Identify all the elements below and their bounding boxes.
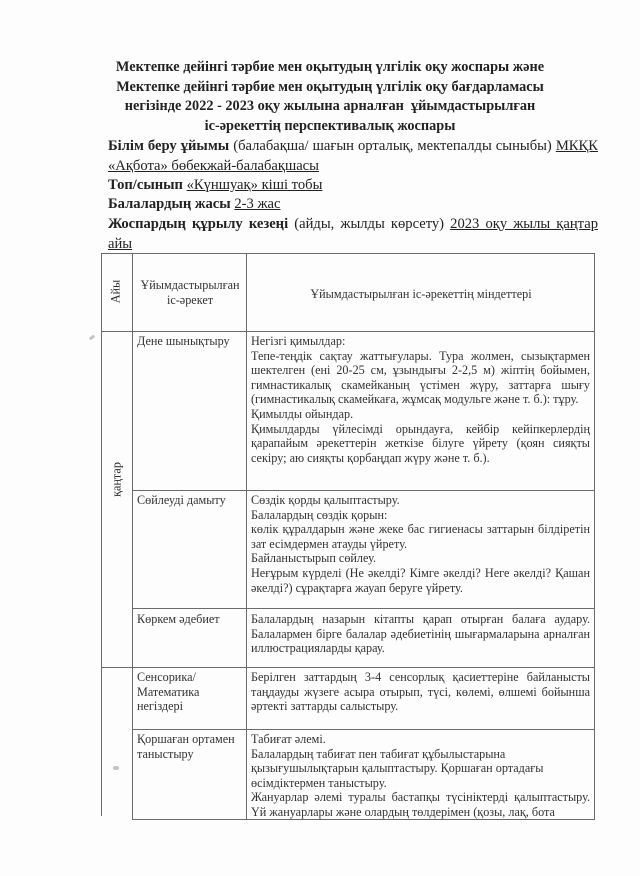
header-month: Айы <box>109 272 124 312</box>
title-line: Мектепке дейінгі тәрбие мен оқытудың үлг… <box>100 78 560 98</box>
header-tasks: Ұйымдастырылған іс-әрекеттің міндеттері <box>248 287 594 302</box>
header-border-bottom <box>101 331 595 332</box>
task-line: Сөздік қорды қалыптастыру. <box>251 493 590 508</box>
column-divider-1 <box>132 253 133 820</box>
tasks-cell: Берілген заттардың 3-4 сенсорлық қасиетт… <box>251 670 590 714</box>
row-divider <box>132 608 595 609</box>
task-line: Қимылдарды үйлесімді орындауға, кейбір к… <box>251 422 590 466</box>
task-line: көлік құралдарын және жеке бас гигиенасы… <box>251 522 590 551</box>
task-line: Берілген заттардың 3-4 сенсорлық қасиетт… <box>251 670 590 714</box>
table-border-top <box>101 253 595 254</box>
row-divider <box>132 729 595 730</box>
title-line: негізінде 2022 - 2023 оқу жылына арналға… <box>100 97 560 117</box>
task-line: Балалардың сөздік қорын: <box>251 508 590 523</box>
activity-cell: Сенсорика/ Математика негіздері <box>137 670 227 714</box>
organization-label: Білім беру ұйымы <box>108 138 229 154</box>
period-field: Жоспардың құрылу кезеңі (айды, жылды көр… <box>108 215 598 254</box>
header-activity: Ұйымдастырылған іс-әрекет <box>134 278 246 307</box>
task-line: Неғұрым күрделі (Не әкелді? Кімге әкелді… <box>251 566 590 595</box>
organization-value-cont: «Ақбота» бөбекжай-балабақшасы <box>108 158 319 174</box>
activity-cell: Дене шынықтыру <box>137 334 243 349</box>
task-line: Қимылды ойындар. <box>251 407 590 422</box>
organization-hint: (балабақша/ шағын орталық, мектепалды сы… <box>233 138 552 154</box>
period-hint: (айды, жылды көрсету) <box>294 216 444 232</box>
organization-value: МКҚК <box>556 138 598 154</box>
scan-mark <box>89 335 96 341</box>
task-line: Байланыстырып сөйлеу. <box>251 551 590 566</box>
group-field: Топ/сынып «Күншуақ» кіші тобы <box>108 176 598 196</box>
table-border-right <box>594 253 595 820</box>
activity-cell: Сөйлеуді дамыту <box>137 493 243 508</box>
title-line: Мектепке дейінгі тәрбие мен оқытудың үлг… <box>100 58 560 78</box>
organization-field: Білім беру ұйымы (балабақша/ шағын ортал… <box>108 137 598 176</box>
period-value-cont: айы <box>108 236 132 252</box>
period-value: 2023 оқу жылы қаңтар <box>450 216 598 232</box>
tasks-cell: Балалардың назарын кітапты қарап отырған… <box>251 612 590 656</box>
scan-mark <box>113 766 119 770</box>
task-line: Балалардың табиғат пен табиғат құбылыста… <box>251 747 590 791</box>
group-label: Топ/сынып <box>108 177 183 193</box>
row-divider <box>132 490 595 491</box>
tasks-cell: Негізгі қимылдар: Тепе-теңдік сақтау жат… <box>251 334 590 465</box>
month-cell: қаңтар <box>110 455 125 505</box>
task-line: Негізгі қимылдар: <box>251 334 590 349</box>
column-divider-2 <box>246 253 247 820</box>
age-value: 2-3 жас <box>234 196 280 212</box>
task-line: Табиғат әлемі. <box>251 732 590 747</box>
period-label: Жоспардың құрылу кезеңі <box>108 216 288 232</box>
task-line: Балалардың назарын кітапты қарап отырған… <box>251 612 590 656</box>
group-value: «Күншуақ» кіші тобы <box>187 177 323 193</box>
tasks-cell: Табиғат әлемі. Балалардың табиғат пен та… <box>251 732 590 820</box>
document-title: Мектепке дейінгі тәрбие мен оқытудың үлг… <box>100 58 560 136</box>
tasks-cell: Сөздік қорды қалыптастыру. Балалардың сө… <box>251 493 590 595</box>
task-line: Тепе-теңдік сақтау жаттығулары. Тура жол… <box>251 349 590 407</box>
task-line: Жануарлар әлемі туралы бастапқы түсінікт… <box>251 790 590 819</box>
table-border-left <box>101 253 102 816</box>
age-label: Балалардың жасы <box>108 196 231 212</box>
activity-cell: Қоршаған ортамен таныстыру <box>137 732 243 761</box>
activity-cell: Көркем әдебиет <box>137 612 243 627</box>
title-line: іс-әрекеттің перспективалық жоспары <box>100 117 560 137</box>
row-divider <box>101 667 595 668</box>
age-field: Балалардың жасы 2-3 жас <box>108 195 598 215</box>
